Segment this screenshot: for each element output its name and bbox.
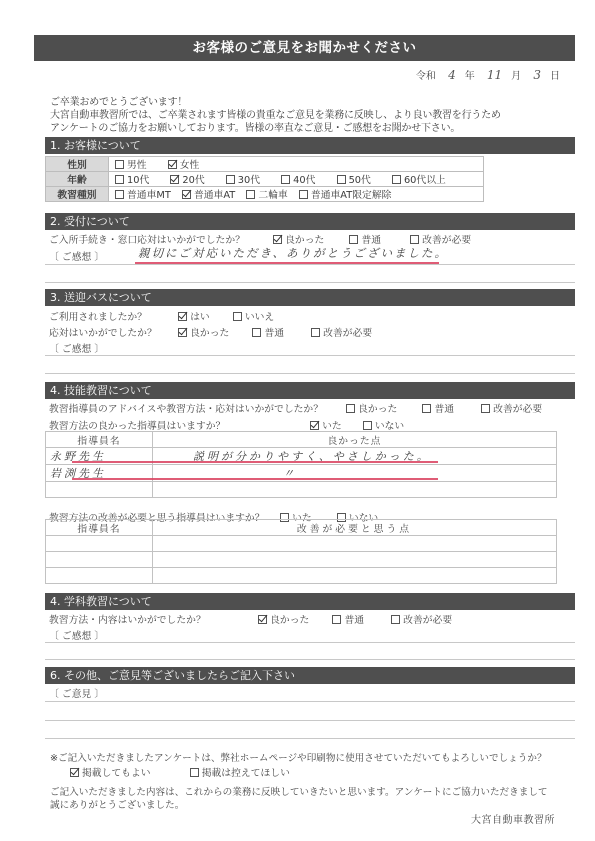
age-label: 年齢 [46, 172, 109, 187]
age-row: 年齢 10代 20代 30代 40代 50代 60代以上 [46, 172, 484, 187]
publish-option-decline[interactable]: 掲載は控えてほしい [190, 765, 290, 779]
comment-rule [45, 659, 575, 660]
option-label: 女性 [180, 160, 200, 171]
classroom-option-good[interactable]: 良かった [258, 612, 309, 626]
option-label: 改善が必要 [493, 404, 542, 415]
question-label: 教習指導員のアドバイスや教習方法・応対はいかがでしたか？ [49, 401, 343, 415]
checkbox-checked-icon[interactable] [170, 175, 179, 184]
table-header-row: 指導員名 改善が必要と思う点 [46, 520, 557, 536]
instructor-name-input[interactable] [46, 482, 153, 498]
checkbox-icon[interactable] [332, 615, 341, 624]
publish-question: ※ご記入いただきましたアンケートは、弊社ホームページや印刷物に使用させていただい… [50, 750, 547, 764]
publish-option-allow[interactable]: 掲載してもよい [70, 765, 151, 779]
checkbox-icon[interactable] [190, 768, 199, 777]
checkbox-checked-icon[interactable] [258, 615, 267, 624]
checkbox-checked-icon[interactable] [273, 235, 282, 244]
improvement-point-input[interactable] [153, 568, 557, 584]
checkbox-icon[interactable] [337, 175, 346, 184]
good-instructor-question: 教習方法の良かった指導員はいますか？ いた いない [49, 418, 418, 432]
checkbox-icon[interactable] [392, 175, 401, 184]
checkbox-icon[interactable] [363, 421, 372, 430]
section-5-heading: 4. 学科教習について [45, 593, 575, 610]
course-option-at-limit-removal[interactable]: 普通車AT限定解除 [299, 187, 392, 201]
date-day-input[interactable]: 3 [533, 68, 541, 82]
option-label: 普通 [434, 404, 454, 415]
option-label: 普通車AT [194, 190, 235, 201]
col-instructor-name: 指導員名 [46, 520, 153, 536]
checkbox-icon[interactable] [115, 160, 124, 169]
checkbox-icon[interactable] [422, 404, 431, 413]
date-year-input[interactable]: 4 [448, 68, 456, 82]
bus-use-option-yes[interactable]: はい [178, 309, 210, 323]
checkbox-checked-icon[interactable] [178, 328, 187, 337]
col-instructor-name: 指導員名 [46, 432, 153, 448]
question-label: ご入所手続き・窓口応対はいかがでしたか？ [49, 232, 270, 246]
checkbox-icon[interactable] [481, 404, 490, 413]
comment-rule [45, 264, 575, 265]
comment-rule [45, 738, 575, 739]
date-month-label: 月 [511, 71, 521, 82]
intro-line-3: アンケートのご協力をお願いしております。皆様の率直なご意見・ご感想をお聞かせ下さ… [50, 122, 580, 135]
closing-line-1: ご記入いただきました内容は、これからの業務に反映していきたいと思います。アンケー… [50, 784, 548, 798]
date-field: 令和 4年 11月 3日 [416, 67, 560, 82]
option-label: 普通 [264, 328, 284, 339]
checkbox-icon[interactable] [299, 190, 308, 199]
comment-rule [45, 282, 575, 283]
section-3-heading: 3. 送迎バスについて [45, 289, 575, 306]
option-label: 60代以上 [404, 175, 446, 186]
checkbox-checked-icon[interactable] [70, 768, 79, 777]
option-label: いいえ [245, 312, 274, 323]
comment-rule [45, 373, 575, 374]
publish-options: 掲載してもよい 掲載は控えてほしい [70, 765, 304, 779]
option-label: 掲載してもよい [82, 768, 151, 779]
bus-use-option-no[interactable]: いいえ [233, 309, 274, 323]
option-label: 30代 [238, 175, 260, 186]
reception-question: ご入所手続き・窓口応対はいかがでしたか？ 良かった 普通 改善が必要 [49, 232, 485, 246]
question-label: 応対はいかがでしたか？ [49, 325, 175, 339]
intro-text: ご卒業おめでとうございます！ 大宮自動車教習所では、ご卒業されます皆様の貴重なご… [50, 96, 580, 135]
section-4-heading: 4. 技能教習について [45, 382, 575, 399]
option-label: はい [190, 312, 210, 323]
table-row [46, 482, 557, 498]
gender-option-male[interactable]: 男性 [115, 157, 147, 171]
bus-service-question: 応対はいかがでしたか？ 良かった 普通 改善が必要 [49, 325, 386, 339]
table-row [46, 568, 557, 584]
good-instructor-option-no[interactable]: いない [363, 418, 404, 432]
date-day-label: 日 [550, 71, 560, 82]
advice-option-normal[interactable]: 普通 [422, 401, 454, 415]
age-option-40s[interactable]: 40代 [281, 172, 315, 186]
age-option-30s[interactable]: 30代 [226, 172, 260, 186]
advice-option-needs-improvement[interactable]: 改善が必要 [481, 401, 542, 415]
date-era: 令和 [416, 71, 436, 82]
option-label: 50代 [349, 175, 371, 186]
section-2-heading: 2. 受付について [45, 213, 575, 230]
gender-options: 男性 女性 [109, 157, 484, 172]
classroom-question: 教習方法・内容はいかがでしたか？ 良かった 普通 改善が必要 [49, 612, 466, 626]
checkbox-checked-icon[interactable] [310, 421, 319, 430]
reception-option-good[interactable]: 良かった [273, 232, 324, 246]
instructor-name-input[interactable] [46, 552, 153, 568]
advice-option-good[interactable]: 良かった [346, 401, 397, 415]
question-label: ご利用されましたか？ [49, 309, 175, 323]
bus-service-option-good[interactable]: 良かった [178, 325, 229, 339]
option-label: 男性 [127, 160, 147, 171]
question-label: 教習方法の良かった指導員はいますか？ [49, 418, 307, 432]
table-row [46, 536, 557, 552]
option-label: 良かった [358, 404, 397, 415]
course-type-label: 教習種別 [46, 187, 109, 202]
option-label: 普通車AT限定解除 [311, 190, 392, 201]
comment-rule [45, 701, 575, 702]
red-underline [72, 478, 438, 480]
checkbox-icon[interactable] [252, 328, 261, 337]
checkbox-icon[interactable] [281, 175, 290, 184]
checkbox-checked-icon[interactable] [178, 312, 187, 321]
checkbox-icon[interactable] [349, 235, 358, 244]
checkbox-icon[interactable] [391, 615, 400, 624]
option-label: 二輪車 [258, 190, 287, 201]
table-row [46, 552, 557, 568]
checkbox-icon[interactable] [115, 190, 124, 199]
bus-use-question: ご利用されましたか？ はい いいえ [49, 309, 288, 323]
date-year-label: 年 [465, 71, 475, 82]
instructor-advice-question: 教習指導員のアドバイスや教習方法・応対はいかがでしたか？ 良かった 普通 改善が… [49, 401, 556, 415]
checkbox-icon[interactable] [346, 404, 355, 413]
option-label: 改善が必要 [403, 615, 452, 626]
classroom-option-needs-improvement[interactable]: 改善が必要 [391, 612, 452, 626]
option-label: 40代 [293, 175, 315, 186]
good-instructor-table: 指導員名 良かった点 永野先生 説明が分かりやすく、やさしかった。 岩渕先生 〃 [45, 431, 557, 498]
checkbox-icon[interactable] [410, 235, 419, 244]
option-label: 普通 [344, 615, 364, 626]
col-improvement-points: 改善が必要と思う点 [153, 520, 557, 536]
checkbox-icon[interactable] [246, 190, 255, 199]
age-option-10s[interactable]: 10代 [115, 172, 149, 186]
age-options: 10代 20代 30代 40代 50代 60代以上 [109, 172, 484, 187]
checkbox-checked-icon[interactable] [182, 190, 191, 199]
form-title: お客様のご意見をお聞かせください [34, 35, 575, 61]
classroom-comment-label: 〔 ご感想 〕 [49, 628, 104, 642]
option-label: 良かった [190, 328, 229, 339]
organization-name: 大宮自動車教習所 [471, 811, 555, 826]
gender-label: 性別 [46, 157, 109, 172]
section-6-heading: 6. その他、ご意見等ございましたらご記入下さい [45, 667, 575, 684]
reception-comment-input[interactable]: 親切にご対応いただき、ありがとうございました。 [138, 245, 448, 261]
comment-rule [45, 720, 575, 721]
customer-info-table: 性別 男性 女性 年齢 10代 20代 30代 40代 50代 60代以上 教習… [45, 156, 484, 202]
course-type-row: 教習種別 普通車MT 普通車AT 二輪車 普通車AT限定解除 [46, 187, 484, 202]
table-header-row: 指導員名 良かった点 [46, 432, 557, 448]
col-good-points: 良かった点 [153, 432, 557, 448]
age-option-60s-plus[interactable]: 60代以上 [392, 172, 446, 186]
section-1-heading: 1. お客様について [45, 137, 575, 154]
course-option-mt[interactable]: 普通車MT [115, 187, 171, 201]
course-option-motorcycle[interactable]: 二輪車 [246, 187, 287, 201]
good-point-input[interactable] [153, 482, 557, 498]
bus-service-option-normal[interactable]: 普通 [252, 325, 284, 339]
checkbox-icon[interactable] [226, 175, 235, 184]
option-label: 20代 [182, 175, 204, 186]
checkbox-icon[interactable] [115, 175, 124, 184]
intro-line-2: 大宮自動車教習所では、ご卒業されます皆様の貴重なご意見を業務に反映し、より良い教… [50, 109, 580, 122]
comment-rule [45, 355, 575, 356]
improvement-point-input[interactable] [153, 552, 557, 568]
improvement-point-input[interactable] [153, 536, 557, 552]
reception-option-needs-improvement[interactable]: 改善が必要 [410, 232, 471, 246]
improve-instructor-table: 指導員名 改善が必要と思う点 [45, 519, 557, 584]
date-month-input[interactable]: 11 [487, 68, 502, 82]
intro-line-1: ご卒業おめでとうございます！ [50, 96, 580, 109]
reception-option-normal[interactable]: 普通 [349, 232, 381, 246]
checkbox-icon[interactable] [233, 312, 242, 321]
closing-line-2: 誠にありがとうございました。 [50, 797, 184, 811]
checkbox-checked-icon[interactable] [168, 160, 177, 169]
question-label: 教習方法・内容はいかがでしたか？ [49, 612, 255, 626]
age-option-50s[interactable]: 50代 [337, 172, 371, 186]
good-instructor-option-yes[interactable]: いた [310, 418, 342, 432]
option-label: 掲載は控えてほしい [202, 768, 290, 779]
gender-row: 性別 男性 女性 [46, 157, 484, 172]
comment-rule [45, 642, 575, 643]
instructor-name-input[interactable] [46, 568, 153, 584]
bus-service-option-needs-improvement[interactable]: 改善が必要 [311, 325, 372, 339]
course-type-options: 普通車MT 普通車AT 二輪車 普通車AT限定解除 [109, 187, 484, 202]
gender-option-female[interactable]: 女性 [168, 157, 200, 171]
option-label: 普通車MT [127, 190, 171, 201]
classroom-option-normal[interactable]: 普通 [332, 612, 364, 626]
age-option-20s[interactable]: 20代 [170, 172, 204, 186]
option-label: 10代 [127, 175, 149, 186]
course-option-at[interactable]: 普通車AT [182, 187, 235, 201]
option-label: 改善が必要 [323, 328, 372, 339]
reception-comment-label: 〔 ご感想 〕 [49, 249, 104, 263]
other-comment-label: 〔 ご意見 〕 [49, 686, 104, 700]
instructor-name-input[interactable] [46, 536, 153, 552]
bus-comment-label: 〔 ご感想 〕 [49, 341, 104, 355]
red-underline [72, 461, 438, 463]
option-label: 良かった [270, 615, 309, 626]
checkbox-icon[interactable] [311, 328, 320, 337]
